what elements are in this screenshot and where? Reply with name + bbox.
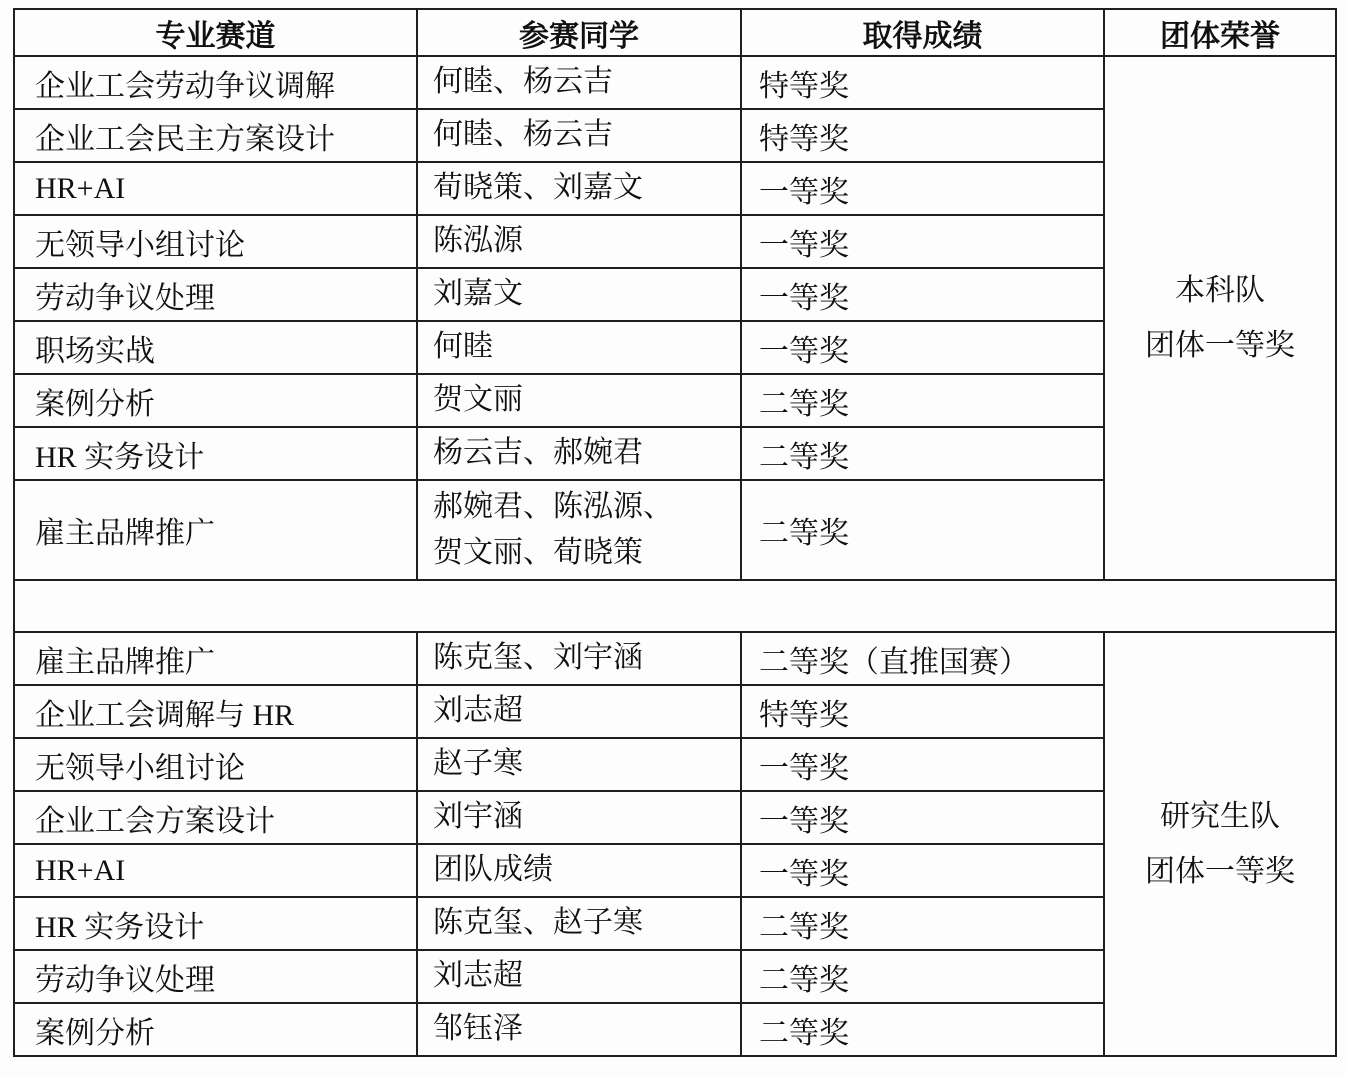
students-cell: 何睦、杨云吉 [417,56,741,109]
students-line: 陈克玺、赵子寒 [433,900,740,947]
students-line: 陈泓源 [433,218,740,265]
students-cell: 团队成绩 [417,844,741,897]
students-line: 刘宇涵 [433,794,740,841]
students-cell: 刘志超 [417,685,741,738]
students-line: 何睦、杨云吉 [433,59,740,106]
track-cell: 职场实战 [14,321,417,374]
track-cell: 劳动争议处理 [14,950,417,1003]
students-line: 刘志超 [433,953,740,1000]
track-cell: 无领导小组讨论 [14,215,417,268]
students-cell: 荀晓策、刘嘉文 [417,162,741,215]
students-cell: 郝婉君、陈泓源、贺文丽、荀晓策 [417,480,741,580]
track-cell: HR 实务设计 [14,427,417,480]
group-honor-line: 团体一等奖 [1109,318,1331,373]
separator-row [14,580,1336,632]
track-cell: 企业工会劳动争议调解 [14,56,417,109]
students-line: 团队成绩 [433,847,740,894]
graduate-section: 雇主品牌推广陈克玺、刘宇涵二等奖（直推国赛）研究生队团体一等奖企业工会调解与 H… [14,632,1336,1056]
result-cell: 一等奖 [741,844,1104,897]
result-cell: 二等奖 [741,897,1104,950]
track-cell: 无领导小组讨论 [14,738,417,791]
awards-table: 专业赛道 参赛同学 取得成绩 团体荣誉 企业工会劳动争议调解何睦、杨云吉特等奖本… [13,8,1337,1057]
result-cell: 特等奖 [741,685,1104,738]
document-page: 专业赛道 参赛同学 取得成绩 团体荣誉 企业工会劳动争议调解何睦、杨云吉特等奖本… [0,0,1346,1078]
table-header-row: 专业赛道 参赛同学 取得成绩 团体荣誉 [14,9,1336,56]
students-cell: 陈克玺、赵子寒 [417,897,741,950]
students-line: 邹钰泽 [433,1006,740,1053]
undergraduate-section: 企业工会劳动争议调解何睦、杨云吉特等奖本科队团体一等奖企业工会民主方案设计何睦、… [14,56,1336,580]
students-cell: 何睦、杨云吉 [417,109,741,162]
track-cell: 企业工会民主方案设计 [14,109,417,162]
track-cell: 案例分析 [14,374,417,427]
track-cell: HR 实务设计 [14,897,417,950]
students-cell: 何睦 [417,321,741,374]
result-cell: 特等奖 [741,56,1104,109]
section-separator [14,580,1336,632]
result-cell: 二等奖（直推国赛） [741,632,1104,685]
track-cell: 雇主品牌推广 [14,480,417,580]
result-cell: 一等奖 [741,162,1104,215]
track-cell: 案例分析 [14,1003,417,1056]
header-group-honor: 团体荣誉 [1104,9,1336,56]
group-honor-line: 研究生队 [1109,789,1331,844]
students-cell: 邹钰泽 [417,1003,741,1056]
table-row: 企业工会劳动争议调解何睦、杨云吉特等奖本科队团体一等奖 [14,56,1336,109]
students-line: 刘嘉文 [433,271,740,318]
students-line: 杨云吉、郝婉君 [433,430,740,477]
result-cell: 二等奖 [741,480,1104,580]
result-cell: 二等奖 [741,374,1104,427]
students-line: 贺文丽 [433,377,740,424]
students-cell: 陈泓源 [417,215,741,268]
track-cell: 雇主品牌推广 [14,632,417,685]
group-honor-line: 团体一等奖 [1109,844,1331,899]
table-row: 雇主品牌推广陈克玺、刘宇涵二等奖（直推国赛）研究生队团体一等奖 [14,632,1336,685]
students-cell: 刘志超 [417,950,741,1003]
group-honor-cell: 本科队团体一等奖 [1104,56,1336,580]
result-cell: 一等奖 [741,215,1104,268]
result-cell: 一等奖 [741,268,1104,321]
track-cell: HR+AI [14,162,417,215]
students-cell: 刘嘉文 [417,268,741,321]
students-cell: 刘宇涵 [417,791,741,844]
group-honor-line: 本科队 [1109,263,1331,318]
students-line: 郝婉君、陈泓源、 [433,484,740,531]
students-line: 陈克玺、刘宇涵 [433,635,740,682]
result-cell: 二等奖 [741,427,1104,480]
header-track: 专业赛道 [14,9,417,56]
students-cell: 赵子寒 [417,738,741,791]
track-cell: 劳动争议处理 [14,268,417,321]
students-line: 赵子寒 [433,741,740,788]
result-cell: 二等奖 [741,1003,1104,1056]
result-cell: 一等奖 [741,738,1104,791]
students-line: 刘志超 [433,688,740,735]
track-cell: HR+AI [14,844,417,897]
result-cell: 一等奖 [741,321,1104,374]
students-line: 荀晓策、刘嘉文 [433,165,740,212]
header-row: 专业赛道 参赛同学 取得成绩 团体荣誉 [14,9,1336,56]
separator-cell [14,580,1336,632]
track-cell: 企业工会方案设计 [14,791,417,844]
group-honor-cell: 研究生队团体一等奖 [1104,632,1336,1056]
students-line: 何睦、杨云吉 [433,112,740,159]
header-result: 取得成绩 [741,9,1104,56]
students-cell: 陈克玺、刘宇涵 [417,632,741,685]
result-cell: 特等奖 [741,109,1104,162]
header-students: 参赛同学 [417,9,741,56]
students-line: 何睦 [433,324,740,371]
students-line: 贺文丽、荀晓策 [433,530,740,577]
students-cell: 贺文丽 [417,374,741,427]
track-cell: 企业工会调解与 HR [14,685,417,738]
students-cell: 杨云吉、郝婉君 [417,427,741,480]
result-cell: 一等奖 [741,791,1104,844]
result-cell: 二等奖 [741,950,1104,1003]
